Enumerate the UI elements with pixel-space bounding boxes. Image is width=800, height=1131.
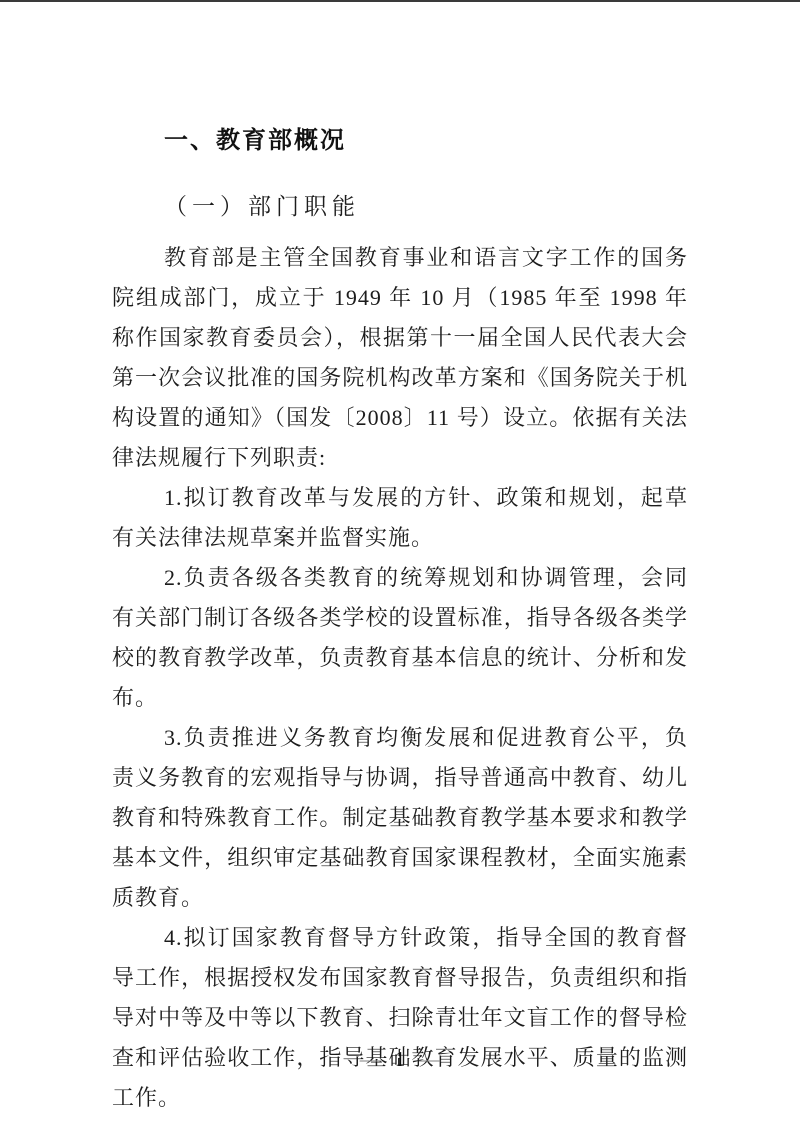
duty-paragraph-3: 3.负责推进义务教育均衡发展和促进教育公平，负责义务教育的宏观指导与协调，指导普… [112, 718, 688, 918]
page-number: 1 [395, 1047, 406, 1071]
footer-dash-right: — [419, 1047, 440, 1071]
document-page: 一、教育部概况 （一）部门职能 教育部是主管全国教育事业和语言文字工作的国务院组… [0, 0, 800, 1131]
page-footer: —1— [0, 1047, 800, 1071]
duty-paragraph-2: 2.负责各级各类教育的统筹规划和协调管理，会同有关部门制订各级各类学校的设置标准… [112, 558, 688, 718]
document-body: 教育部是主管全国教育事业和语言文字工作的国务院组成部门，成立于 1949 年 1… [112, 238, 688, 1118]
document-title: 一、教育部概况 [112, 126, 688, 156]
intro-paragraph: 教育部是主管全国教育事业和语言文字工作的国务院组成部门，成立于 1949 年 1… [112, 238, 688, 478]
section-heading: （一）部门职能 [112, 192, 688, 222]
footer-dash-left: — [360, 1047, 381, 1071]
duty-paragraph-4: 4.拟订国家教育督导方针政策，指导全国的教育督导工作，根据授权发布国家教育督导报… [112, 918, 688, 1118]
duty-paragraph-1: 1.拟订教育改革与发展的方针、政策和规划，起草有关法律法规草案并监督实施。 [112, 478, 688, 558]
